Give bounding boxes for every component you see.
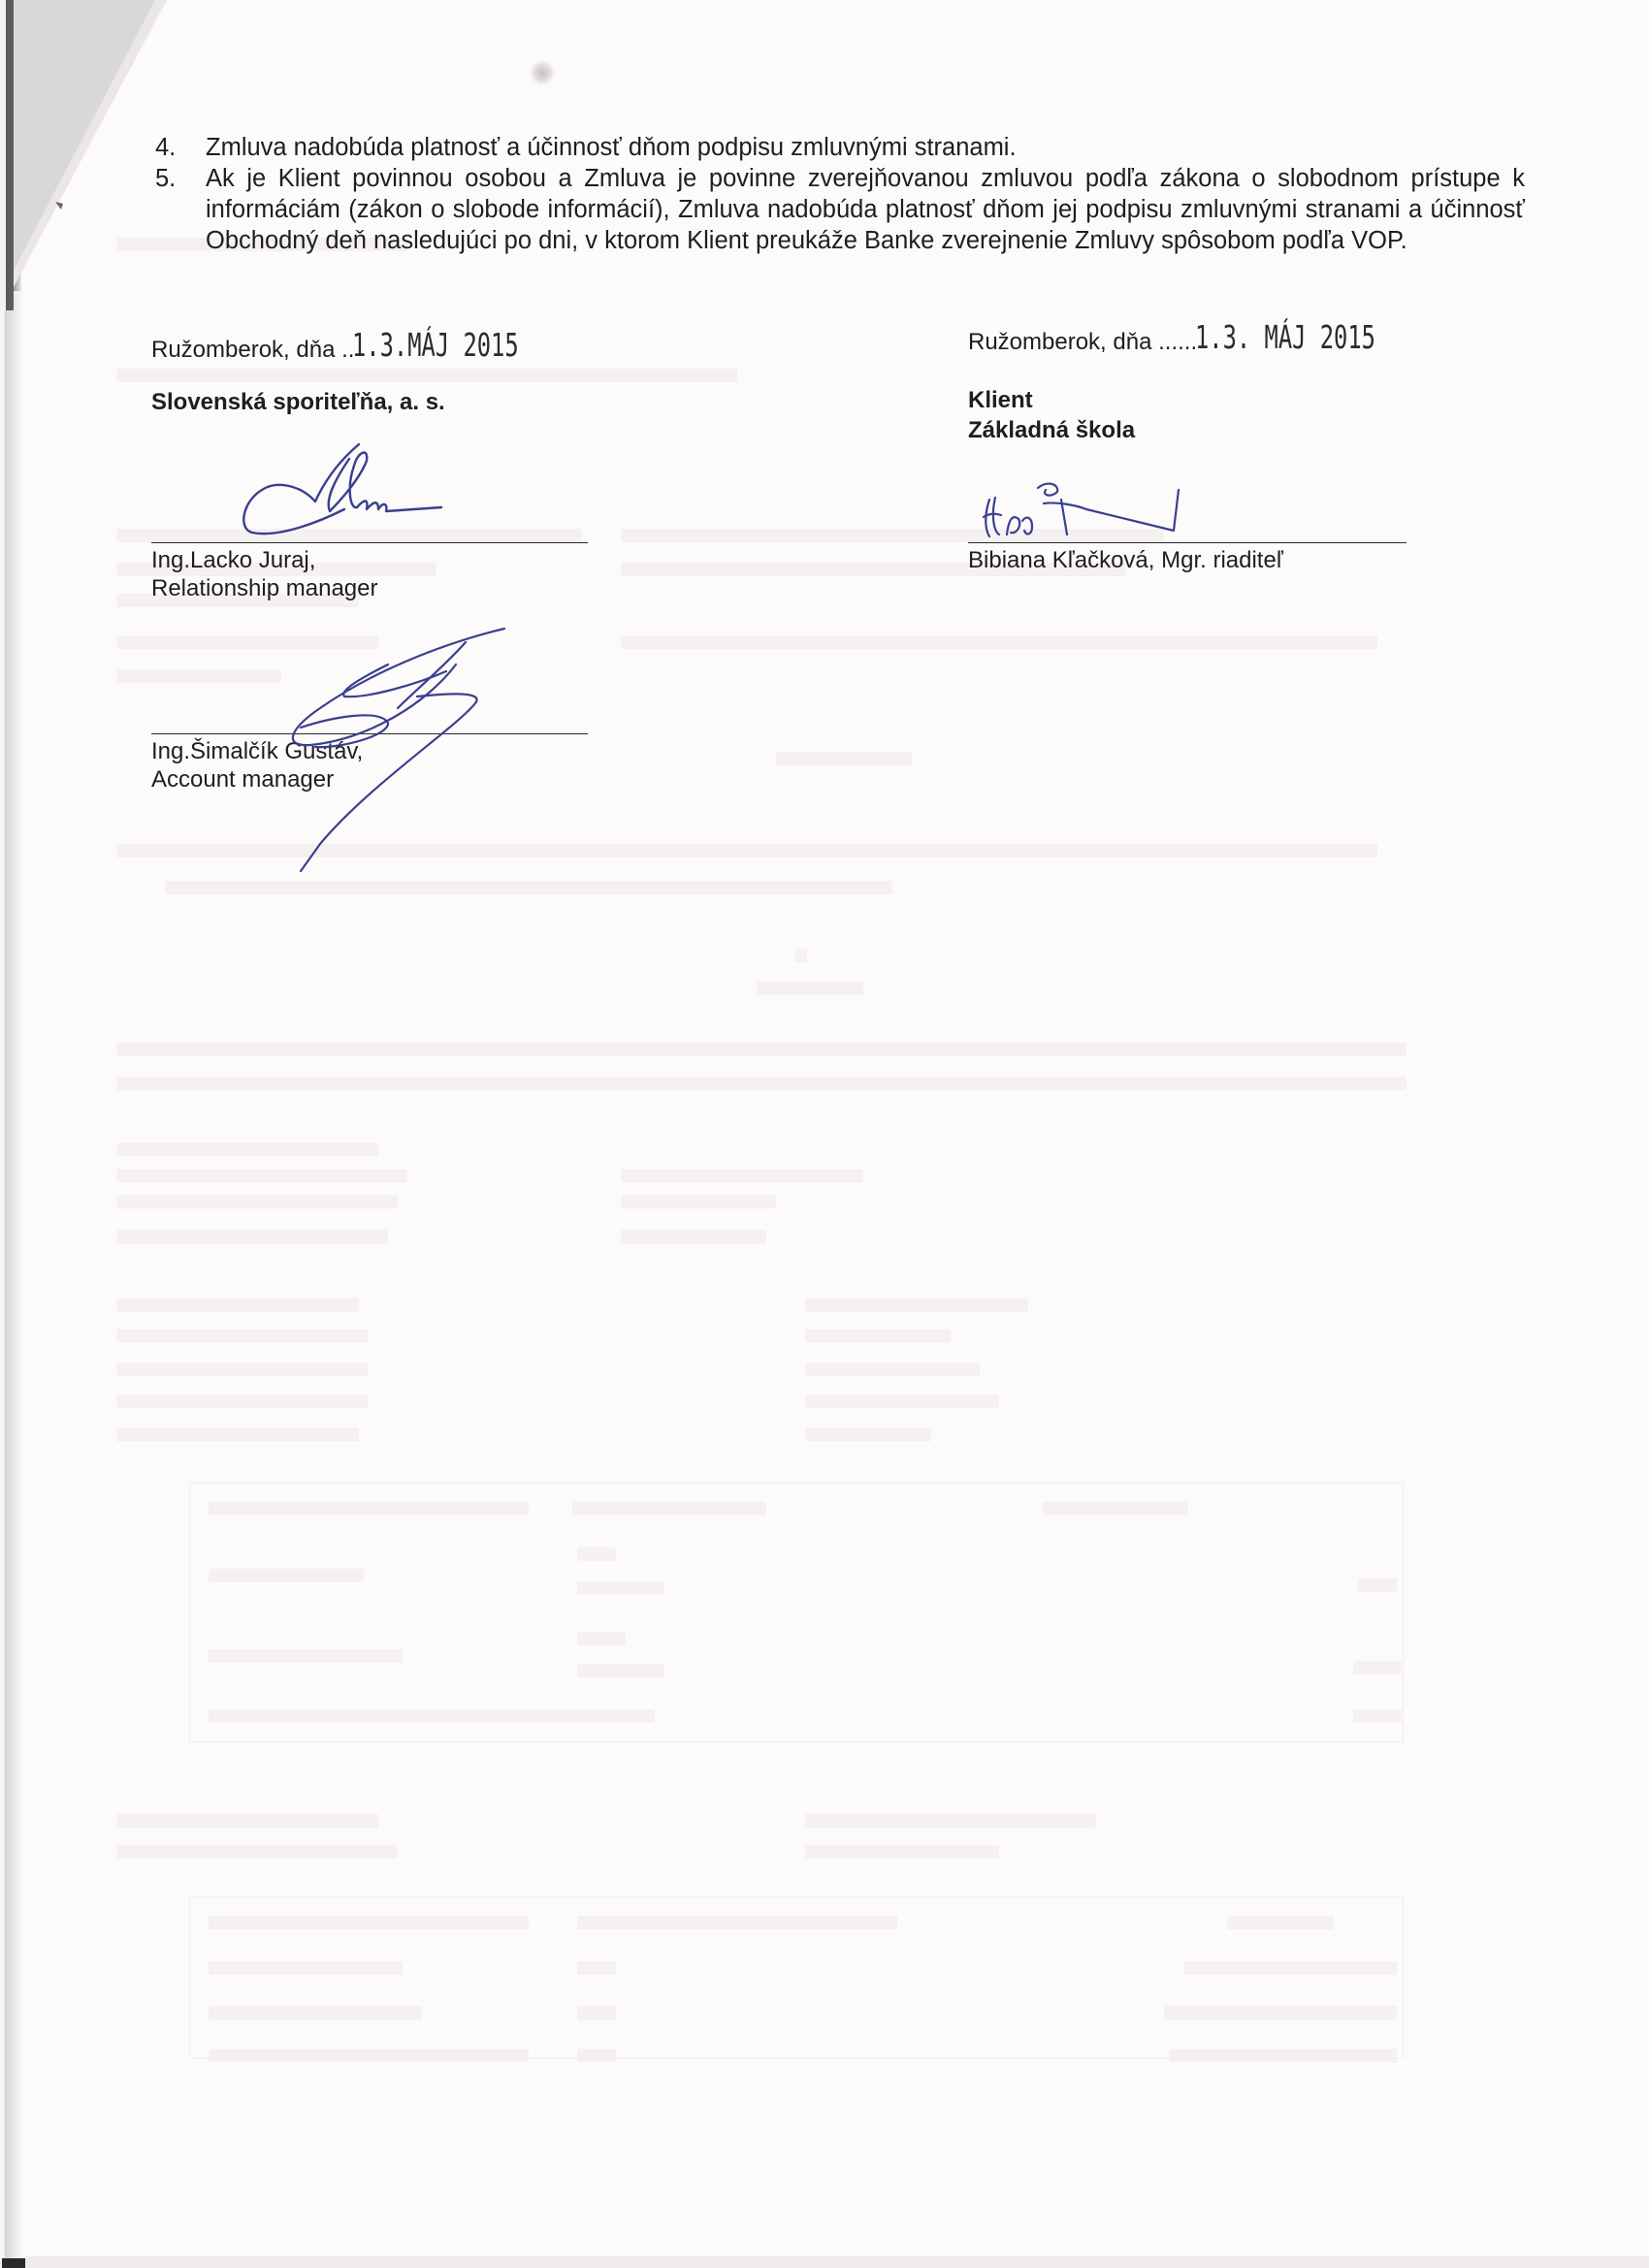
clause-4: 4. Zmluva nadobúda platnosť a účinnosť d… — [155, 132, 1525, 163]
clause-number: 4. — [155, 132, 206, 163]
place-date-label: Ružomberok, dňa ...... — [968, 329, 1197, 356]
signature-simalcik — [223, 621, 524, 873]
clause-number: 5. — [155, 163, 206, 256]
clause-text: Ak je Klient povinnou osobou a Zmluva je… — [206, 163, 1525, 256]
bank-place-date: Ružomberok, dňa .. 1.3.MÁJ 2015 — [151, 325, 588, 364]
clause-5: 5. Ak je Klient povinnou osobou a Zmluva… — [155, 163, 1525, 256]
scan-corner-mark — [2, 2258, 25, 2268]
date-stamp: 1.3.MÁJ 2015 — [352, 326, 519, 364]
signatory-role: Relationship manager — [151, 574, 588, 602]
paper-stain — [529, 60, 556, 85]
signatory-name: Bibiana Kľačková, Mgr. riaditeľ — [968, 546, 1406, 574]
scan-bottom-edge — [25, 2256, 1649, 2268]
clause-text: Zmluva nadobúda platnosť a účinnosť dňom… — [206, 132, 1525, 163]
client-place-date: Ružomberok, dňa ...... 1.3. MÁJ 2015 — [968, 317, 1406, 356]
contract-clauses: 4. Zmluva nadobúda platnosť a účinnosť d… — [155, 132, 1525, 256]
client-signature-column: Ružomberok, dňa ...... 1.3. MÁJ 2015 Kli… — [968, 317, 1406, 445]
place-date-label: Ružomberok, dňa .. — [151, 337, 354, 364]
signature-block-lacko: Ing.Lacko Juraj, Relationship manager — [151, 542, 588, 602]
signature-lacko — [233, 441, 456, 548]
signature-klackova — [980, 470, 1193, 548]
signatory-name: Ing.Lacko Juraj, — [151, 546, 588, 574]
client-party-label: Klient — [968, 385, 1406, 415]
client-party-name: Základná škola — [968, 415, 1406, 445]
bank-party-name: Slovenská sporiteľňa, a. s. — [151, 387, 588, 417]
bank-signature-column: Ružomberok, dňa .. 1.3.MÁJ 2015 Slovensk… — [151, 325, 588, 417]
scan-edge — [0, 291, 23, 2268]
date-stamp: 1.3. MÁJ 2015 — [1195, 318, 1375, 356]
